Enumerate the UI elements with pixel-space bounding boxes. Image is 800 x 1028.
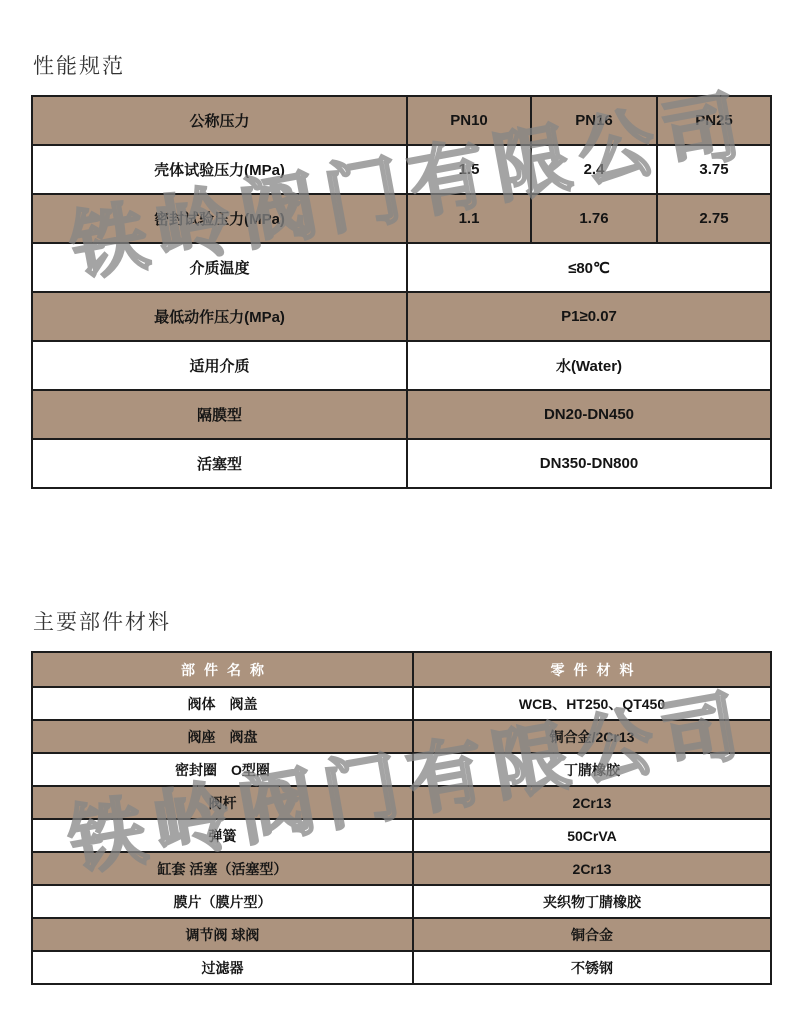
table-header-row: 公称压力 PN10 PN16 PN25	[32, 96, 771, 145]
spec-header-pn25: PN25	[657, 96, 771, 145]
table-row: 膜片（膜片型） 夹织物丁腈橡胶	[32, 885, 771, 918]
spec-row-label: 活塞型	[32, 439, 407, 488]
table-row: 密封试验压力(MPa) 1.1 1.76 2.75	[32, 194, 771, 243]
spec-row-label: 壳体试验压力(MPa)	[32, 145, 407, 194]
part-name-cell: 弹簧	[32, 819, 413, 852]
part-material-cell: 丁腈橡胶	[413, 753, 771, 786]
spec-cell: 2.75	[657, 194, 771, 243]
materials-table: 部件名称 零件材料 阀体 阀盖 WCB、HT250、QT450 阀座 阀盘 铜合…	[31, 651, 772, 985]
spec-header-label: 公称压力	[32, 96, 407, 145]
part-name-cell: 阀杆	[32, 786, 413, 819]
spec-cell: 3.75	[657, 145, 771, 194]
spec-cell-merged: DN350-DN800	[407, 439, 771, 488]
spec-row-label: 隔膜型	[32, 390, 407, 439]
part-material-cell: 2Cr13	[413, 786, 771, 819]
part-material-cell: 不锈钢	[413, 951, 771, 984]
spec-cell: 1.5	[407, 145, 531, 194]
part-material-cell: 铜合金/2Cr13	[413, 720, 771, 753]
performance-spec-title: 性能规范	[33, 50, 125, 80]
spec-cell-merged: P1≥0.07	[407, 292, 771, 341]
part-material-cell: WCB、HT250、QT450	[413, 687, 771, 720]
spec-row-label: 密封试验压力(MPa)	[32, 194, 407, 243]
part-name-cell: 膜片（膜片型）	[32, 885, 413, 918]
spec-cell: 2.4	[531, 145, 657, 194]
performance-spec-table: 公称压力 PN10 PN16 PN25 壳体试验压力(MPa) 1.5 2.4 …	[31, 95, 772, 489]
table-row: 壳体试验压力(MPa) 1.5 2.4 3.75	[32, 145, 771, 194]
table-row: 隔膜型 DN20-DN450	[32, 390, 771, 439]
part-name-cell: 密封圈 O型圈	[32, 753, 413, 786]
table-row: 阀杆 2Cr13	[32, 786, 771, 819]
spec-cell-merged: DN20-DN450	[407, 390, 771, 439]
materials-header-part: 部件名称	[32, 652, 413, 687]
spec-row-label: 最低动作压力(MPa)	[32, 292, 407, 341]
part-name-cell: 调节阀 球阀	[32, 918, 413, 951]
part-material-cell: 50CrVA	[413, 819, 771, 852]
spec-cell: 1.1	[407, 194, 531, 243]
spec-header-pn16: PN16	[531, 96, 657, 145]
table-row: 适用介质 水(Water)	[32, 341, 771, 390]
spec-cell-merged: 水(Water)	[407, 341, 771, 390]
spec-cell: 1.76	[531, 194, 657, 243]
table-row: 密封圈 O型圈 丁腈橡胶	[32, 753, 771, 786]
spec-header-pn10: PN10	[407, 96, 531, 145]
part-name-cell: 过滤器	[32, 951, 413, 984]
table-row: 介质温度 ≤80℃	[32, 243, 771, 292]
table-row: 阀座 阀盘 铜合金/2Cr13	[32, 720, 771, 753]
table-row: 过滤器 不锈钢	[32, 951, 771, 984]
spec-row-label: 介质温度	[32, 243, 407, 292]
part-name-cell: 缸套 活塞（活塞型）	[32, 852, 413, 885]
part-material-cell: 夹织物丁腈橡胶	[413, 885, 771, 918]
spec-cell-merged: ≤80℃	[407, 243, 771, 292]
table-row: 活塞型 DN350-DN800	[32, 439, 771, 488]
table-row: 阀体 阀盖 WCB、HT250、QT450	[32, 687, 771, 720]
part-material-cell: 2Cr13	[413, 852, 771, 885]
part-name-cell: 阀座 阀盘	[32, 720, 413, 753]
spec-row-label: 适用介质	[32, 341, 407, 390]
materials-title: 主要部件材料	[33, 606, 171, 636]
table-row: 最低动作压力(MPa) P1≥0.07	[32, 292, 771, 341]
part-name-cell: 阀体 阀盖	[32, 687, 413, 720]
table-row: 缸套 活塞（活塞型） 2Cr13	[32, 852, 771, 885]
materials-header-material: 零件材料	[413, 652, 771, 687]
table-header-row: 部件名称 零件材料	[32, 652, 771, 687]
part-material-cell: 铜合金	[413, 918, 771, 951]
table-row: 弹簧 50CrVA	[32, 819, 771, 852]
table-row: 调节阀 球阀 铜合金	[32, 918, 771, 951]
